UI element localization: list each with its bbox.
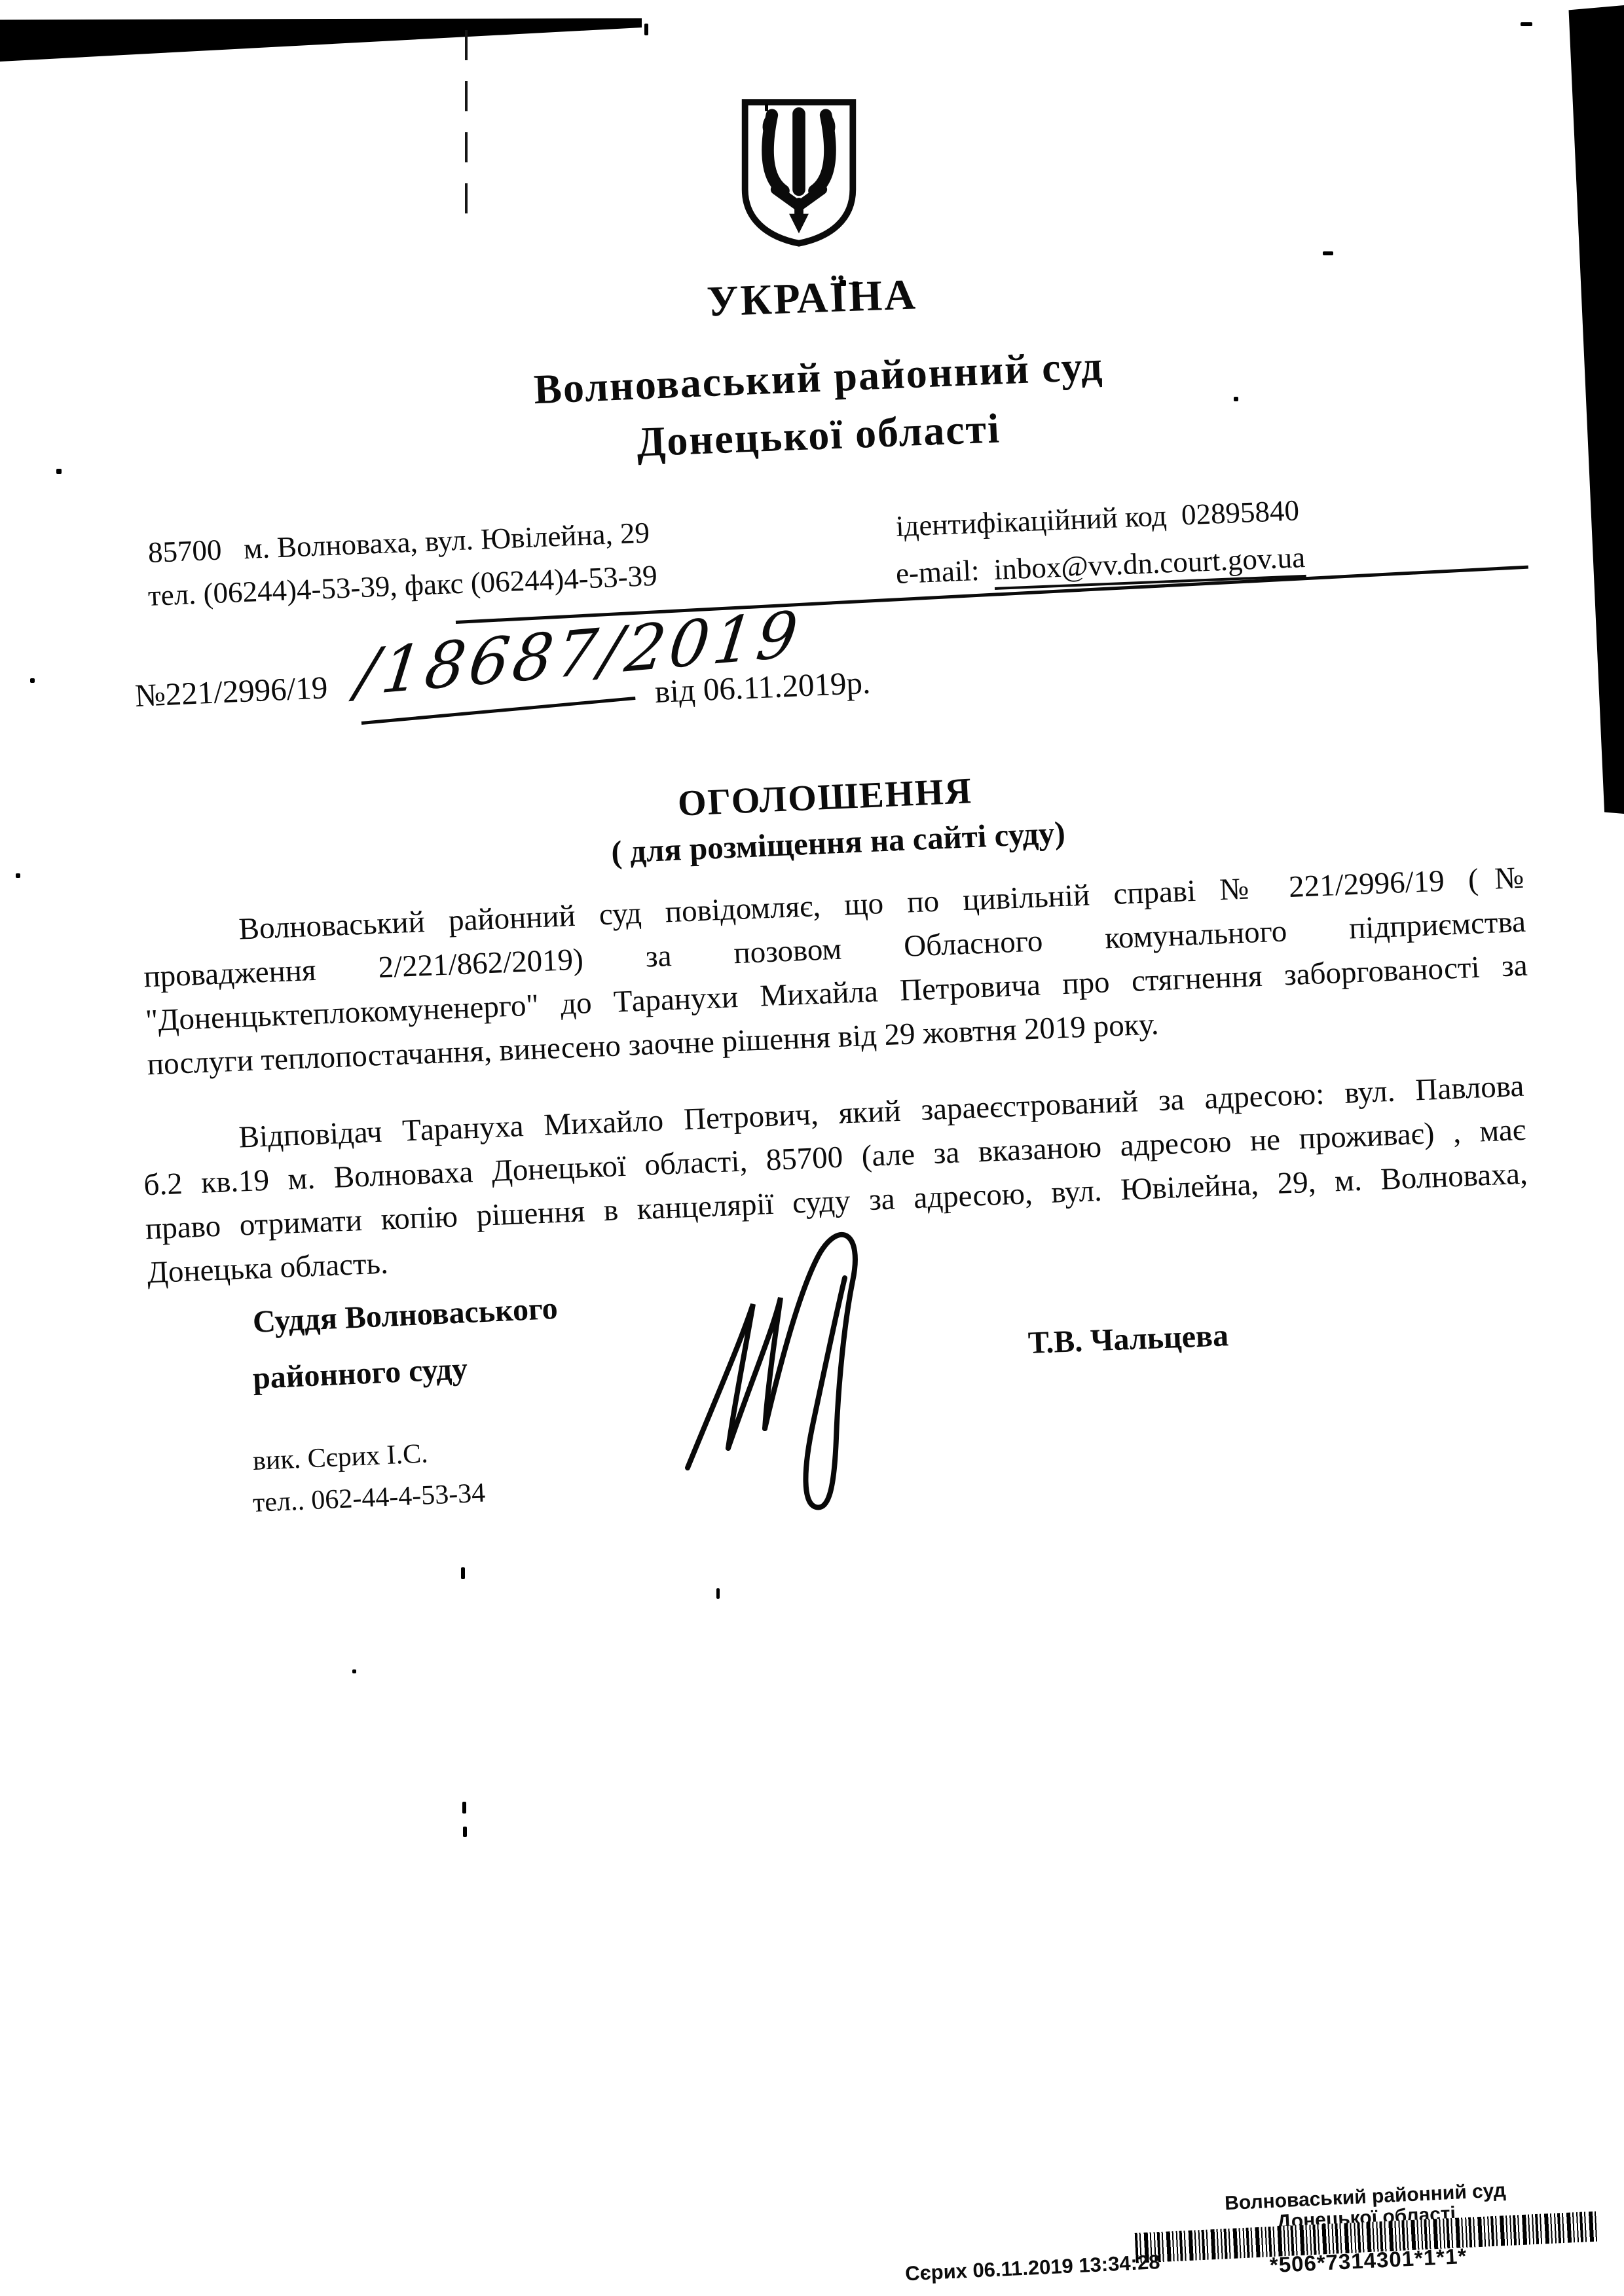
email-label: e-mail:	[895, 554, 980, 590]
country-title: УКРАЇНА	[582, 266, 1042, 331]
judge-title-line2: районного суду	[252, 1351, 468, 1396]
scan-speck	[461, 1567, 465, 1579]
scan-speck	[30, 678, 35, 683]
scan-speck	[1323, 251, 1333, 255]
scan-speck	[16, 873, 20, 878]
identification-code-line: ідентифікаційний код 02895840	[895, 493, 1300, 543]
signature-stroke-icon	[674, 1212, 917, 1520]
judge-name: Т.В. Чальцева	[1027, 1317, 1229, 1361]
judge-title-line1: Суддя Волноваського	[252, 1290, 559, 1340]
scan-speck	[1234, 397, 1238, 401]
scan-speck	[644, 24, 648, 35]
case-number: №221/2996/19	[134, 668, 329, 714]
scan-speck	[1521, 22, 1532, 26]
scan-artifact-right-wedge	[1566, 5, 1624, 814]
registration-stamp: Волноваський районний суд Донецької обла…	[900, 2169, 1615, 2296]
scan-artifact-top-wedge	[0, 0, 642, 65]
executor-phone: тел.. 062-44-4-53-34	[252, 1478, 486, 1519]
scan-speck	[853, 282, 858, 287]
scan-speck	[352, 1669, 356, 1673]
identification-code-value: 02895840	[1181, 494, 1300, 531]
coat-of-arms	[735, 92, 863, 249]
court-name-line2: Донецької області	[576, 402, 1061, 469]
ukraine-trident-icon	[735, 92, 863, 249]
stamp-registered-by: Сєрих 06.11.2019 13:34:28	[904, 2250, 1160, 2286]
scan-speck	[56, 469, 62, 474]
scan-artifact-dashed-line	[465, 30, 468, 233]
executor-name: вик. Сєрих І.С.	[252, 1438, 429, 1477]
identification-code-label: ідентифікаційний код	[895, 499, 1168, 543]
scan-speck	[765, 103, 768, 111]
judge-signature	[674, 1212, 917, 1520]
body-paragraph-1: Волноваський районний суд повідомляє, що…	[141, 856, 1530, 1087]
scan-speck	[716, 1588, 720, 1599]
scan-speck	[462, 1802, 466, 1813]
scanned-court-document: УКРАЇНА Волноваський районний суд Донець…	[0, 0, 1624, 2296]
scan-speck	[463, 1827, 467, 1837]
scan-speck	[840, 280, 846, 286]
